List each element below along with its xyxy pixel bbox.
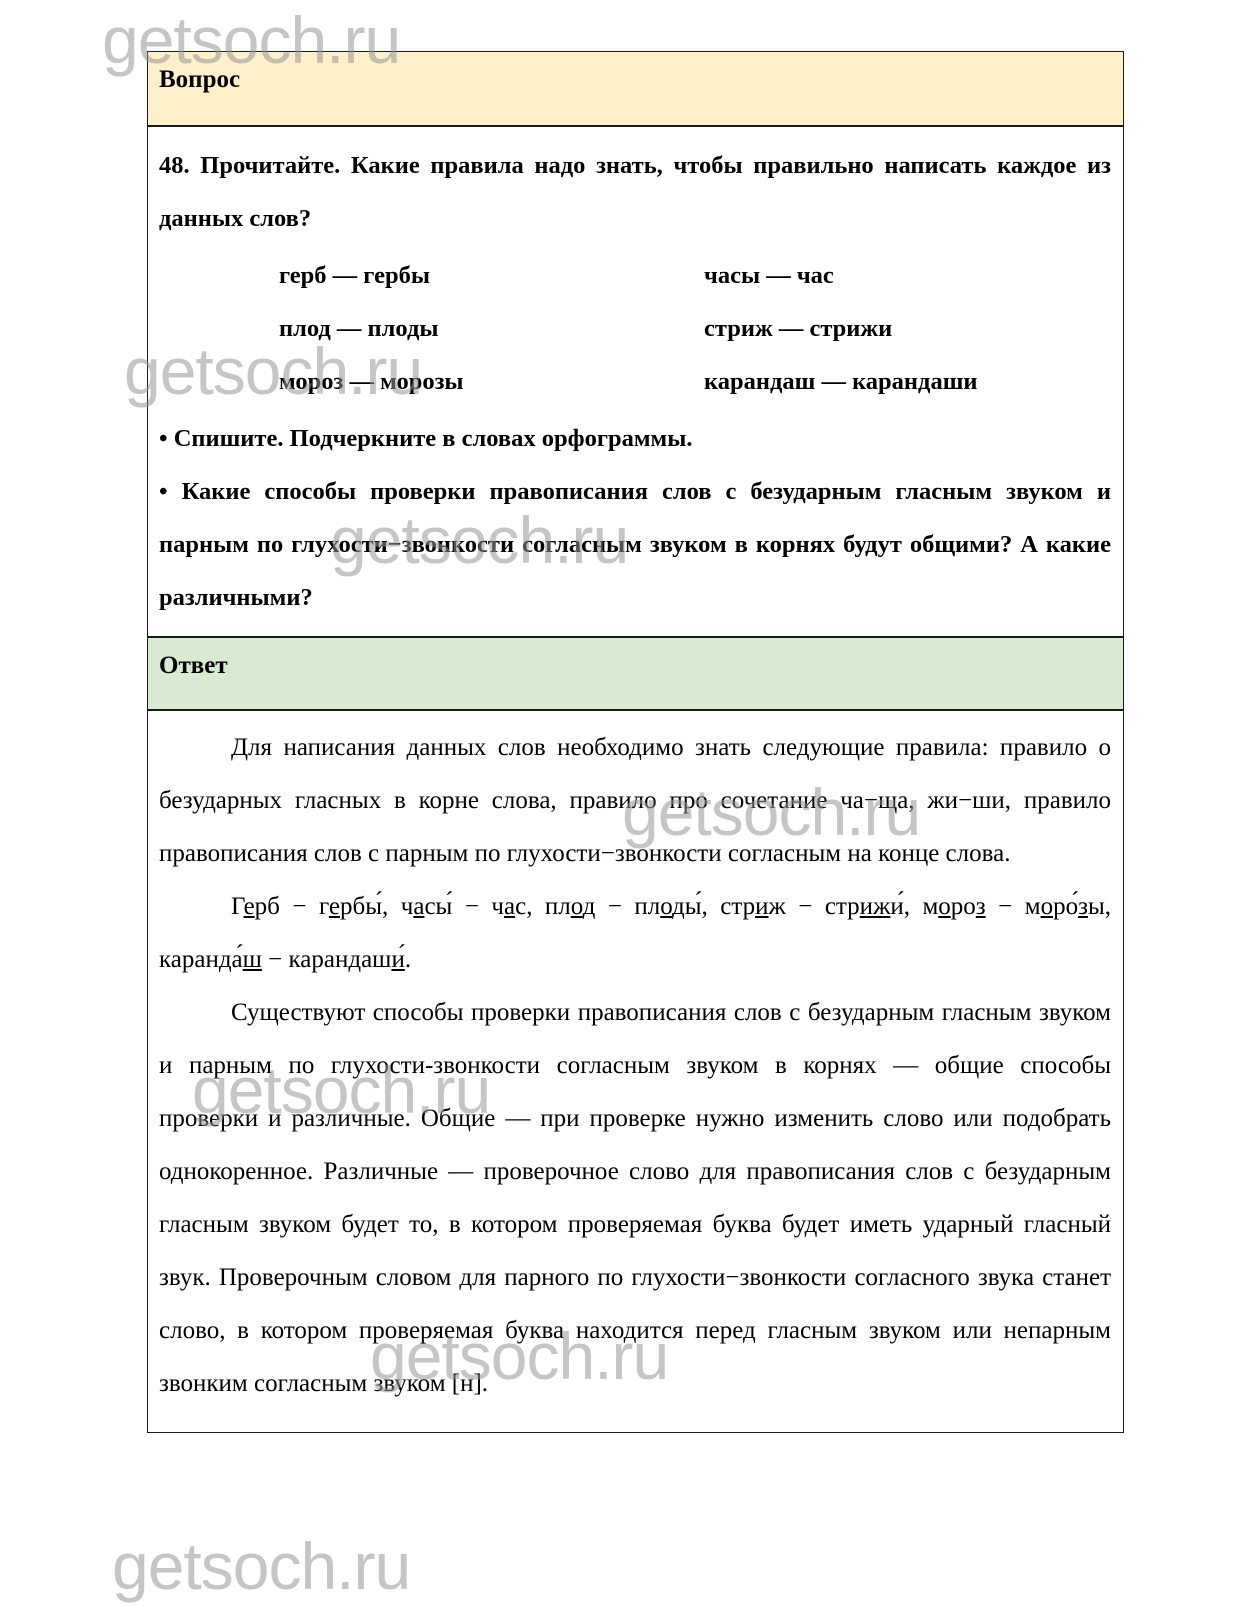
text-segment: − карандаш	[262, 946, 392, 973]
orthogram-mark: е	[329, 893, 340, 920]
watermark: getsoch.ru	[112, 1528, 410, 1604]
orthogram-mark: и́	[391, 946, 404, 973]
word-pair: стриж — стрижи	[704, 302, 1104, 355]
orthogram-mark: а	[504, 893, 515, 920]
orthogram-mark: и	[755, 893, 768, 920]
orthogram-mark: ш	[243, 946, 262, 973]
bullet-instruction-2: • Какие способы проверки правописания сл…	[159, 465, 1111, 624]
orthogram-mark: д	[583, 893, 596, 920]
answer-paragraph-orthograms: Герб − гербы́, часы́ − час, плод − плоды…	[159, 880, 1111, 986]
text-segment: Г	[231, 893, 244, 920]
word-pairs-grid: герб — гербы часы — час плод — плоды стр…	[159, 249, 1111, 408]
orthogram-mark: ж	[873, 893, 890, 920]
text-segment: ро́	[1053, 893, 1078, 920]
orthogram-mark: а	[413, 893, 424, 920]
text-segment: − м	[986, 893, 1041, 920]
text-segment: − пл	[595, 893, 660, 920]
task-text: 48. Прочитайте. Какие правила надо знать…	[159, 139, 1111, 245]
orthogram-mark: д	[672, 893, 685, 920]
orthogram-mark: е	[244, 893, 255, 920]
text-segment: с, пл	[515, 893, 571, 920]
text-segment: ы́, стр	[685, 893, 755, 920]
answer-header: Ответ	[148, 636, 1123, 711]
orthogram-mark: и	[860, 893, 873, 920]
question-header: Вопрос	[148, 52, 1123, 127]
text-segment: и́, м	[890, 893, 938, 920]
orthogram-mark: з	[976, 893, 986, 920]
qa-card: Вопрос 48. Прочитайте. Какие правила над…	[147, 51, 1124, 1433]
orthogram-mark: о	[660, 893, 672, 920]
text-segment: рбы́, ч	[340, 893, 413, 920]
word-pair: карандаш — карандаши	[704, 355, 1104, 408]
text-segment: сы́ − ч	[424, 893, 504, 920]
orthogram-mark: о	[1041, 893, 1054, 920]
orthogram-mark: о	[938, 893, 951, 920]
bullet-instruction-1: • Спишите. Подчеркните в словах орфограм…	[159, 412, 1111, 465]
question-body: 48. Прочитайте. Какие правила надо знать…	[148, 127, 1123, 636]
text-segment: рб − г	[255, 893, 329, 920]
word-pair: плод — плоды	[279, 302, 704, 355]
word-pair: герб — гербы	[279, 249, 704, 302]
word-pair: часы — час	[704, 249, 1104, 302]
answer-paragraph-3: Существуют способы проверки правописания…	[159, 986, 1111, 1410]
word-pair: мороз — морозы	[279, 355, 704, 408]
answer-body: Для написания данных слов необходимо зна…	[148, 711, 1123, 1432]
answer-paragraph-1: Для написания данных слов необходимо зна…	[159, 721, 1111, 880]
orthogram-mark: з	[1078, 893, 1088, 920]
text-segment: ро	[951, 893, 976, 920]
text-segment: .	[405, 946, 411, 973]
orthogram-mark: о	[571, 893, 583, 920]
text-segment: ж − стр	[769, 893, 860, 920]
